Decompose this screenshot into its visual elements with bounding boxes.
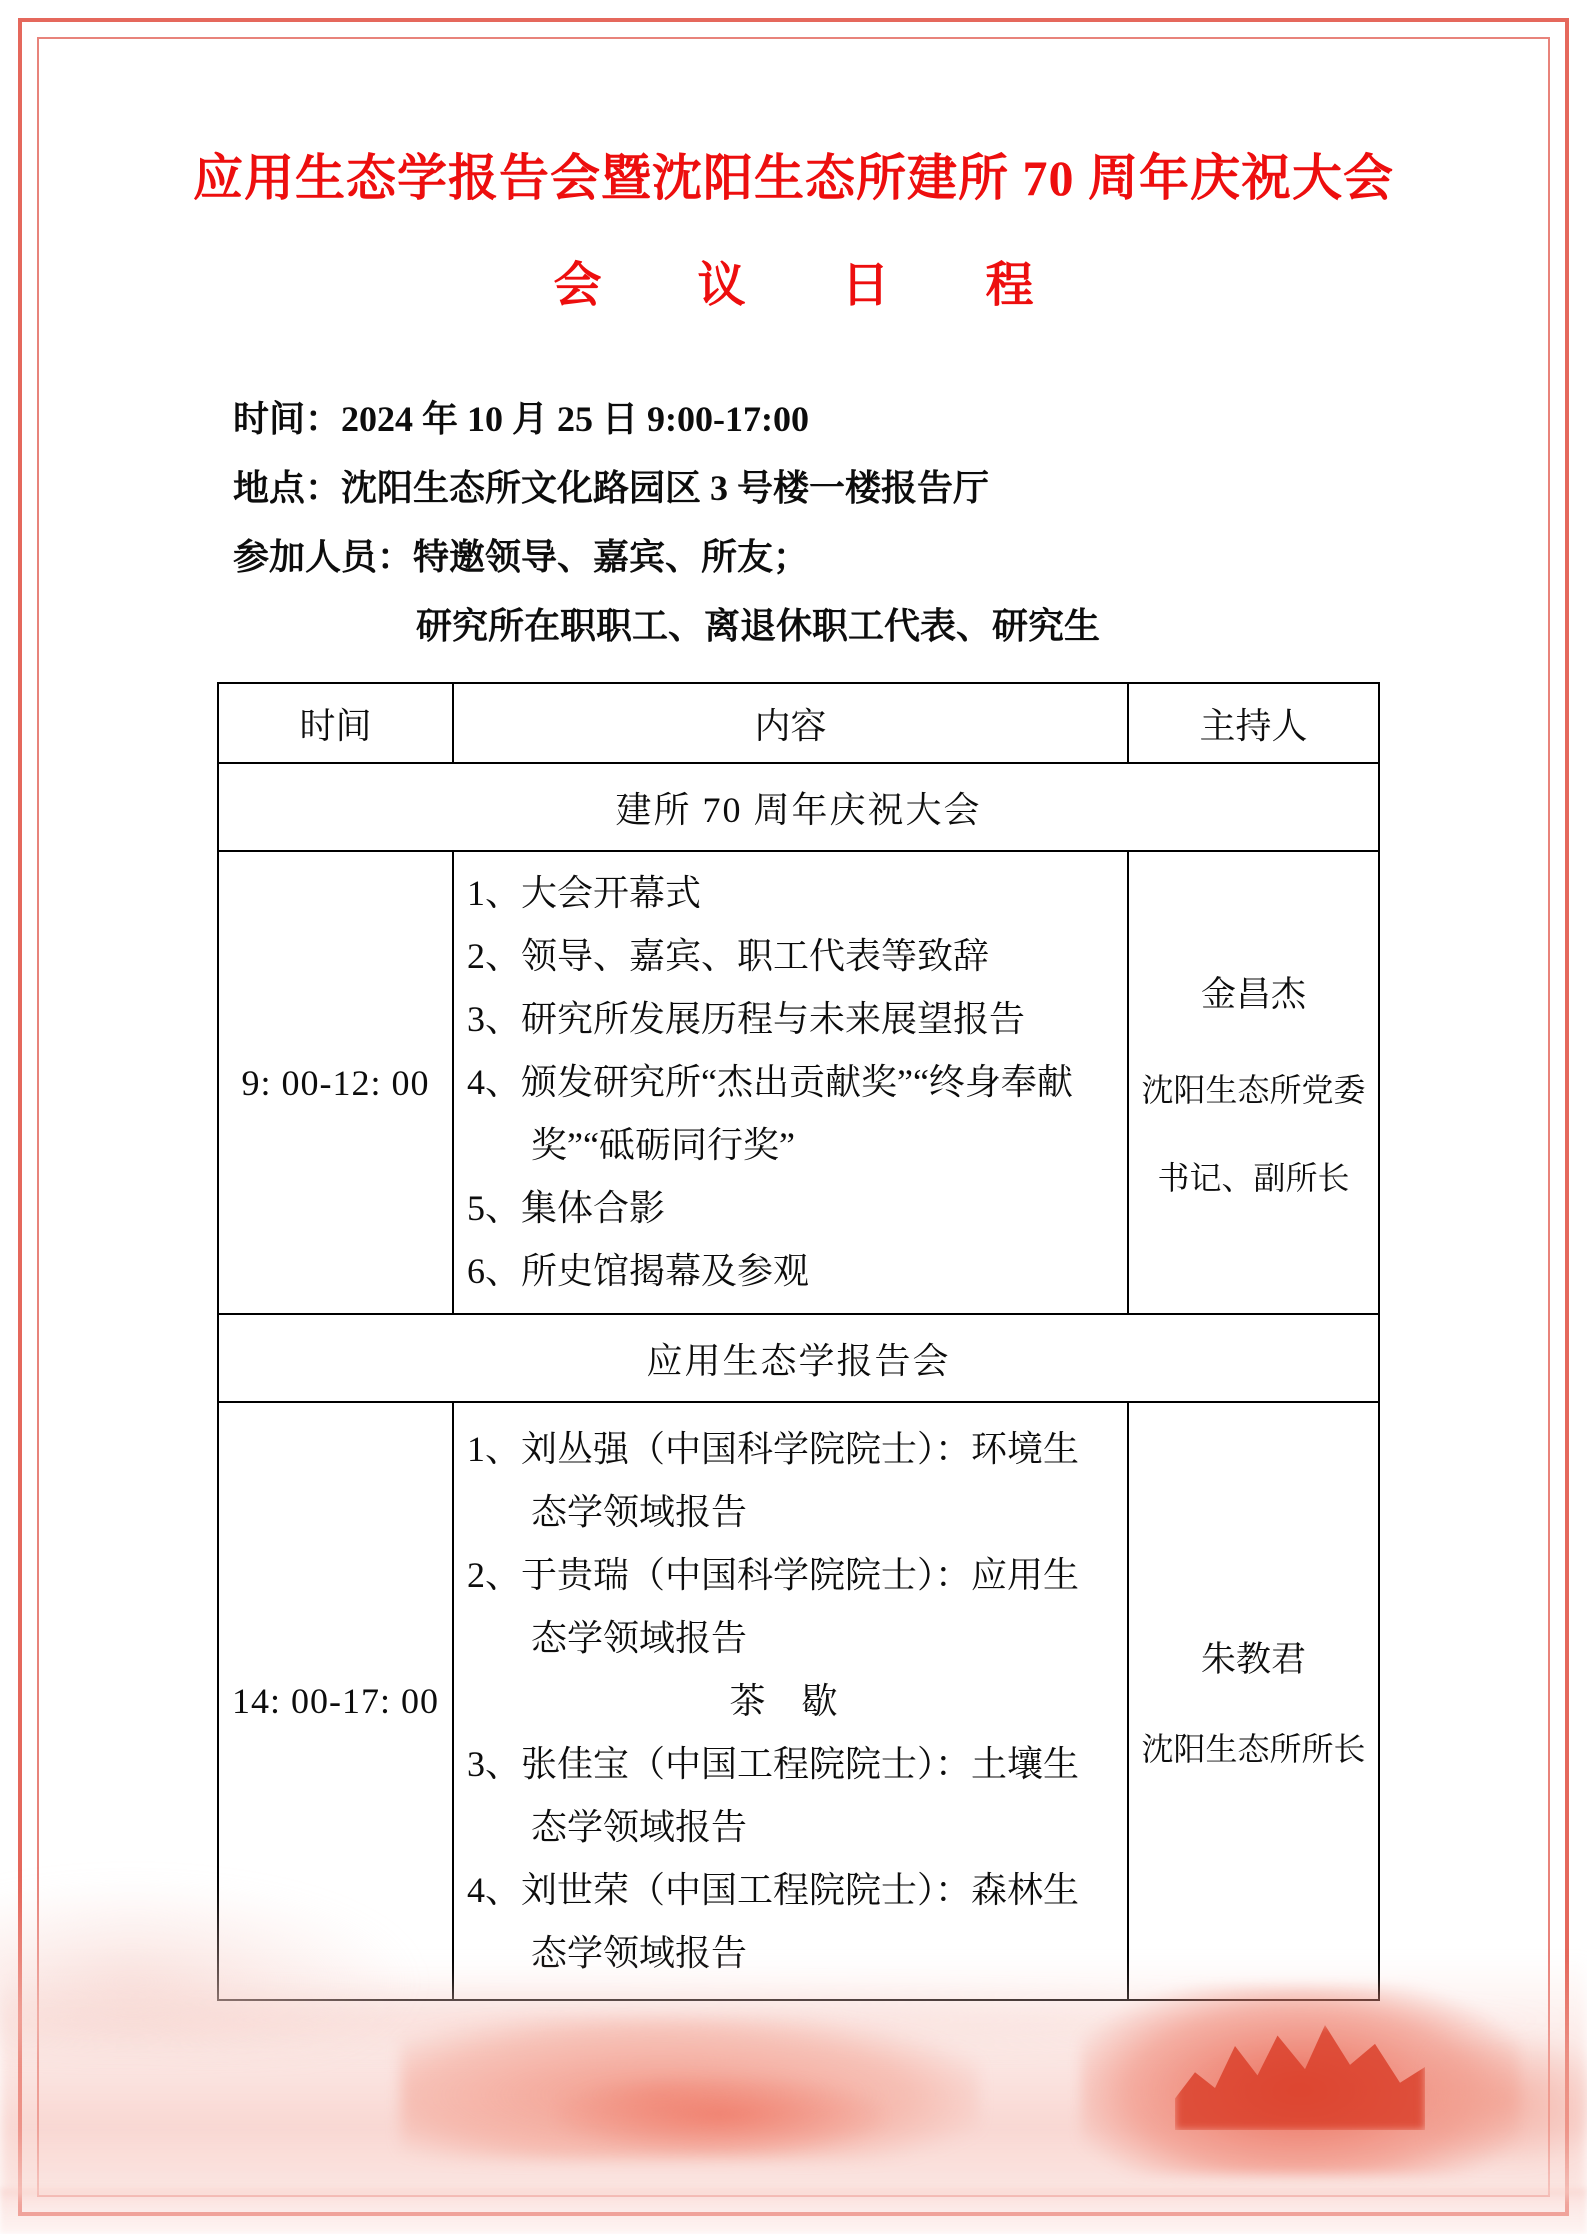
section-row-anniversary: 建所 70 周年庆祝大会 bbox=[218, 763, 1379, 851]
agenda-item: 3、研究所发展历程与未来展望报告 bbox=[454, 988, 1113, 1051]
table-header-row: 时间 内容 主持人 bbox=[218, 683, 1379, 763]
agenda-item: 1、大会开幕式 bbox=[454, 862, 1113, 925]
time-cell-afternoon: 14: 00-17: 00 bbox=[218, 1402, 453, 2000]
schedule-row-morning: 9: 00-12: 00 1、大会开幕式 2、领导、嘉宾、职工代表等致辞 3、研… bbox=[218, 851, 1379, 1314]
header-cell-host: 主持人 bbox=[1128, 683, 1379, 763]
agenda-item: 2、领导、嘉宾、职工代表等致辞 bbox=[454, 925, 1113, 988]
host-info-afternoon: 朱教君 沈阳生态所所长 bbox=[1130, 1632, 1377, 1770]
host-info-morning: 金昌杰 沈阳生态所党委 书记、副所长 bbox=[1130, 967, 1377, 1199]
host-name: 金昌杰 bbox=[1201, 967, 1306, 1017]
meeting-participants-continued-line: 研究所在职职工、离退休职工代表、研究生 bbox=[233, 592, 1373, 661]
tea-break-line: 茶 歇 bbox=[454, 1670, 1113, 1733]
host-title-line: 书记、副所长 bbox=[1157, 1153, 1349, 1199]
host-cell-afternoon: 朱教君 沈阳生态所所长 bbox=[1128, 1402, 1379, 2000]
time-cell-morning: 9: 00-12: 00 bbox=[218, 851, 453, 1314]
agenda-item: 6、所史馆揭幕及参观 bbox=[454, 1240, 1113, 1303]
section-title-anniversary: 建所 70 周年庆祝大会 bbox=[218, 763, 1379, 851]
header-cell-time: 时间 bbox=[218, 683, 453, 763]
section-row-symposium: 应用生态学报告会 bbox=[218, 1314, 1379, 1402]
agenda-item: 4、颁发研究所“杰出贡献奖”“终身奉献奖”“砥砺同行奖” bbox=[454, 1051, 1113, 1177]
host-name: 朱教君 bbox=[1201, 1632, 1306, 1682]
afternoon-agenda-list: 1、刘丛强（中国科学院院士）：环境生态学领域报告 2、于贵瑞（中国科学院院士）：… bbox=[454, 1418, 1113, 1985]
document-title: 应用生态学报告会暨沈阳生态所建所 70 周年庆祝大会 bbox=[0, 138, 1587, 210]
host-title-line: 沈阳生态所党委 bbox=[1141, 1065, 1365, 1111]
meeting-location-line: 地点：沈阳生态所文化路园区 3 号楼一楼报告厅 bbox=[233, 454, 1373, 523]
schedule-row-afternoon: 14: 00-17: 00 1、刘丛强（中国科学院院士）：环境生态学领域报告 2… bbox=[218, 1402, 1379, 2000]
meeting-time-line: 时间：2024 年 10 月 25 日 9:00-17:00 bbox=[233, 385, 1373, 454]
host-cell-morning: 金昌杰 沈阳生态所党委 书记、副所长 bbox=[1128, 851, 1379, 1314]
meeting-participants-line: 参加人员：特邀领导、嘉宾、所友； bbox=[233, 523, 1373, 592]
host-title-line: 沈阳生态所所长 bbox=[1141, 1724, 1365, 1770]
agenda-document-page: 应用生态学报告会暨沈阳生态所建所 70 周年庆祝大会 会议日程 时间：2024 … bbox=[0, 0, 1587, 2234]
morning-agenda-list: 1、大会开幕式 2、领导、嘉宾、职工代表等致辞 3、研究所发展历程与未来展望报告… bbox=[454, 862, 1113, 1303]
agenda-item: 1、刘丛强（中国科学院院士）：环境生态学领域报告 bbox=[454, 1418, 1113, 1544]
content-cell-afternoon: 1、刘丛强（中国科学院院士）：环境生态学领域报告 2、于贵瑞（中国科学院院士）：… bbox=[453, 1402, 1128, 2000]
agenda-item: 4、刘世荣（中国工程院院士）：森林生态学领域报告 bbox=[454, 1859, 1113, 1985]
section-title-symposium: 应用生态学报告会 bbox=[218, 1314, 1379, 1402]
document-subtitle: 会议日程 bbox=[0, 246, 1587, 315]
content-cell-morning: 1、大会开幕式 2、领导、嘉宾、职工代表等致辞 3、研究所发展历程与未来展望报告… bbox=[453, 851, 1128, 1314]
agenda-item: 2、于贵瑞（中国科学院院士）：应用生态学领域报告 bbox=[454, 1544, 1113, 1670]
schedule-table: 时间 内容 主持人 建所 70 周年庆祝大会 9: 00-12: 00 1、大会… bbox=[217, 682, 1380, 2001]
meeting-meta-block: 时间：2024 年 10 月 25 日 9:00-17:00 地点：沈阳生态所文… bbox=[233, 385, 1373, 661]
header-cell-content: 内容 bbox=[453, 683, 1128, 763]
agenda-item: 5、集体合影 bbox=[454, 1177, 1113, 1240]
agenda-item: 3、张佳宝（中国工程院院士）：土壤生态学领域报告 bbox=[454, 1733, 1113, 1859]
